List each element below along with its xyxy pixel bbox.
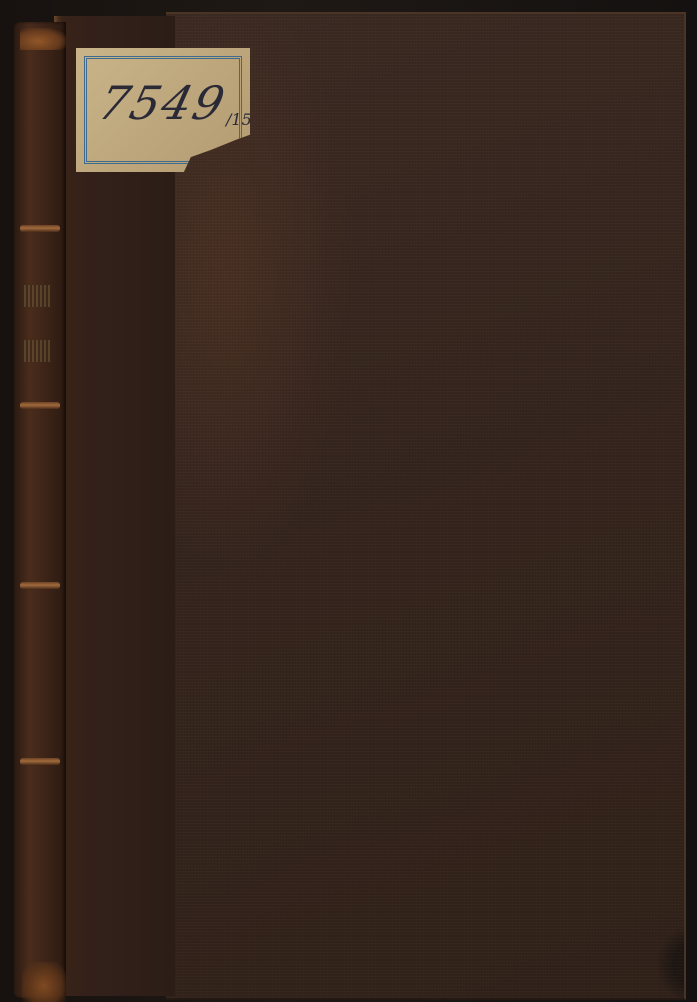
book-spine xyxy=(14,22,66,998)
label-shelf-number: 7549 xyxy=(93,76,232,130)
spine-raised-band xyxy=(20,582,60,589)
spine-wear-top xyxy=(20,28,66,50)
spine-raised-band xyxy=(20,225,60,232)
book: 7549 /15 xyxy=(14,12,684,998)
spine-raised-band xyxy=(20,402,60,409)
spine-raised-band xyxy=(20,758,60,765)
cloth-front-board xyxy=(166,12,686,1000)
spine-title-mark xyxy=(24,285,50,307)
spine-title-mark xyxy=(24,340,50,362)
spine-wear-bottom xyxy=(22,962,66,1002)
label-suffix: /15 xyxy=(226,110,252,129)
